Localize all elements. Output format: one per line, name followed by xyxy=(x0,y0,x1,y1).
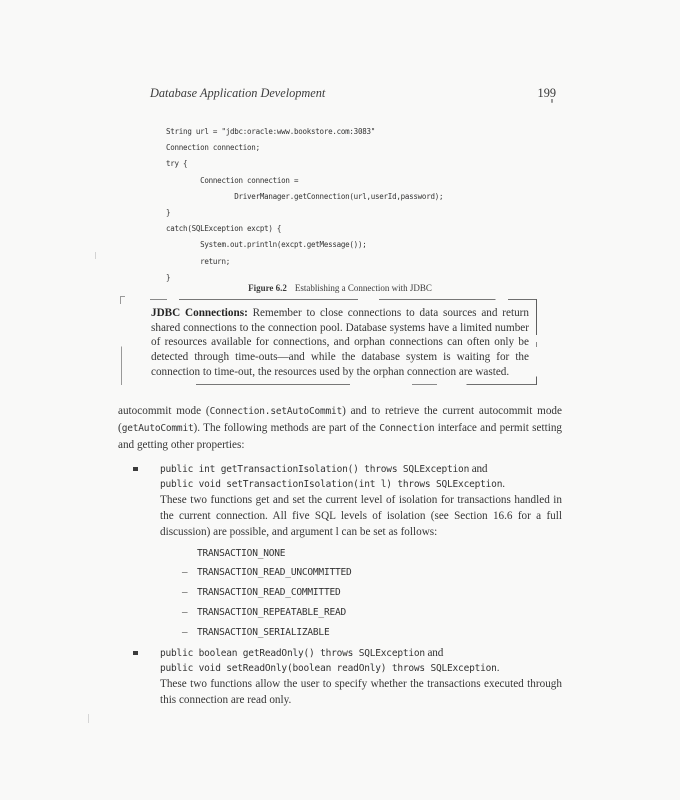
code-figure: String url = "jdbc:oracle:www.bookstore.… xyxy=(166,124,562,286)
signature-tail: . xyxy=(497,662,500,674)
running-header: Database Application Development 199 xyxy=(118,86,562,102)
square-bullet-icon xyxy=(133,467,138,472)
item-dash: – xyxy=(182,563,197,582)
code-line: return; xyxy=(166,257,230,266)
box-right-border xyxy=(536,299,537,385)
list-item: TRANSACTION_NONE xyxy=(182,545,562,564)
code-line: Connection connection = xyxy=(166,176,298,185)
signature-code: public boolean getReadOnly() throws SQLE… xyxy=(160,648,425,659)
method-signature: public boolean getReadOnly() throws SQLE… xyxy=(160,646,562,662)
text-block: Database Application Development 199 Str… xyxy=(118,86,562,709)
signature-code: public int getTransactionIsolation() thr… xyxy=(160,464,469,475)
item-text: TRANSACTION_NONE xyxy=(197,548,285,559)
list-item: –TRANSACTION_READ_COMMITTED xyxy=(182,583,562,603)
bullet-transaction-isolation: public int getTransactionIsolation() thr… xyxy=(118,462,562,643)
para-seg-code: getAutoCommit xyxy=(122,423,194,434)
code-line: DriverManager.getConnection(url,userId,p… xyxy=(166,192,443,201)
item-text: TRANSACTION_REPEATABLE_READ xyxy=(197,607,346,618)
para-seg: autocommit mode ( xyxy=(118,405,210,417)
scan-margin-mark xyxy=(95,252,96,259)
code-line: try { xyxy=(166,159,187,168)
para-seg-code: Connection.setAutoCommit xyxy=(210,406,342,417)
method-signature: public void setTransactionIsolation(int … xyxy=(160,477,562,493)
signature-tail: and xyxy=(469,463,487,475)
figure-caption-text: Establishing a Connection with JDBC xyxy=(295,283,432,293)
signature-code: public void setTransactionIsolation(int … xyxy=(160,479,502,490)
item-text: TRANSACTION_READ_COMMITTED xyxy=(197,587,341,598)
code-line: } xyxy=(166,273,170,282)
code-line: System.out.println(excpt.getMessage()); xyxy=(166,240,366,249)
list-item: –TRANSACTION_REPEATABLE_READ xyxy=(182,603,562,623)
signature-tail: . xyxy=(502,478,505,490)
scan-speck xyxy=(551,99,553,103)
list-item: –TRANSACTION_READ_UNCOMMITTED xyxy=(182,563,562,583)
item-dash: – xyxy=(182,583,197,602)
signature-tail: and xyxy=(425,647,443,659)
box-top-border xyxy=(121,299,537,300)
box-bottom-border xyxy=(121,384,537,385)
bullet-body: These two functions allow the user to sp… xyxy=(160,677,562,709)
note-lead: JDBC Connections: xyxy=(151,307,248,319)
item-dash: – xyxy=(182,623,197,642)
para-seg: ). The following methods are part of the xyxy=(194,422,380,434)
list-item: –TRANSACTION_SERIALIZABLE xyxy=(182,623,562,643)
scan-margin-mark xyxy=(88,714,89,723)
figure-caption-label: Figure 6.2 xyxy=(248,283,287,293)
bullet-read-only: public boolean getReadOnly() throws SQLE… xyxy=(118,646,562,709)
page-number: 199 xyxy=(538,86,556,101)
box-corner-artifact xyxy=(120,296,125,304)
box-left-border xyxy=(121,299,122,385)
isolation-levels-list: TRANSACTION_NONE –TRANSACTION_READ_UNCOM… xyxy=(182,545,562,643)
signature-code: public void setReadOnly(boolean readOnly… xyxy=(160,663,497,674)
item-text: TRANSACTION_SERIALIZABLE xyxy=(197,627,329,638)
code-line: catch(SQLException excpt) { xyxy=(166,224,281,233)
code-line: } xyxy=(166,208,170,217)
chapter-title: Database Application Development xyxy=(150,86,325,101)
item-text: TRANSACTION_READ_UNCOMMITTED xyxy=(197,567,352,578)
code-line: String url = "jdbc:oracle:www.bookstore.… xyxy=(166,127,375,136)
code-line: Connection connection; xyxy=(166,143,260,152)
square-bullet-icon xyxy=(133,651,138,656)
bullet-body: These two functions get and set the curr… xyxy=(160,493,562,540)
figure-caption: Figure 6.2Establishing a Connection with… xyxy=(118,283,562,293)
item-dash: – xyxy=(182,603,197,622)
jdbc-connections-note-box: JDBC Connections: Remember to close conn… xyxy=(121,299,537,385)
method-signature: public void setReadOnly(boolean readOnly… xyxy=(160,661,562,677)
autocommit-paragraph: autocommit mode (Connection.setAutoCommi… xyxy=(118,403,562,453)
para-seg-code: Connection xyxy=(379,423,434,434)
scanned-book-page: Database Application Development 199 Str… xyxy=(0,0,680,800)
method-signature: public int getTransactionIsolation() thr… xyxy=(160,462,562,478)
